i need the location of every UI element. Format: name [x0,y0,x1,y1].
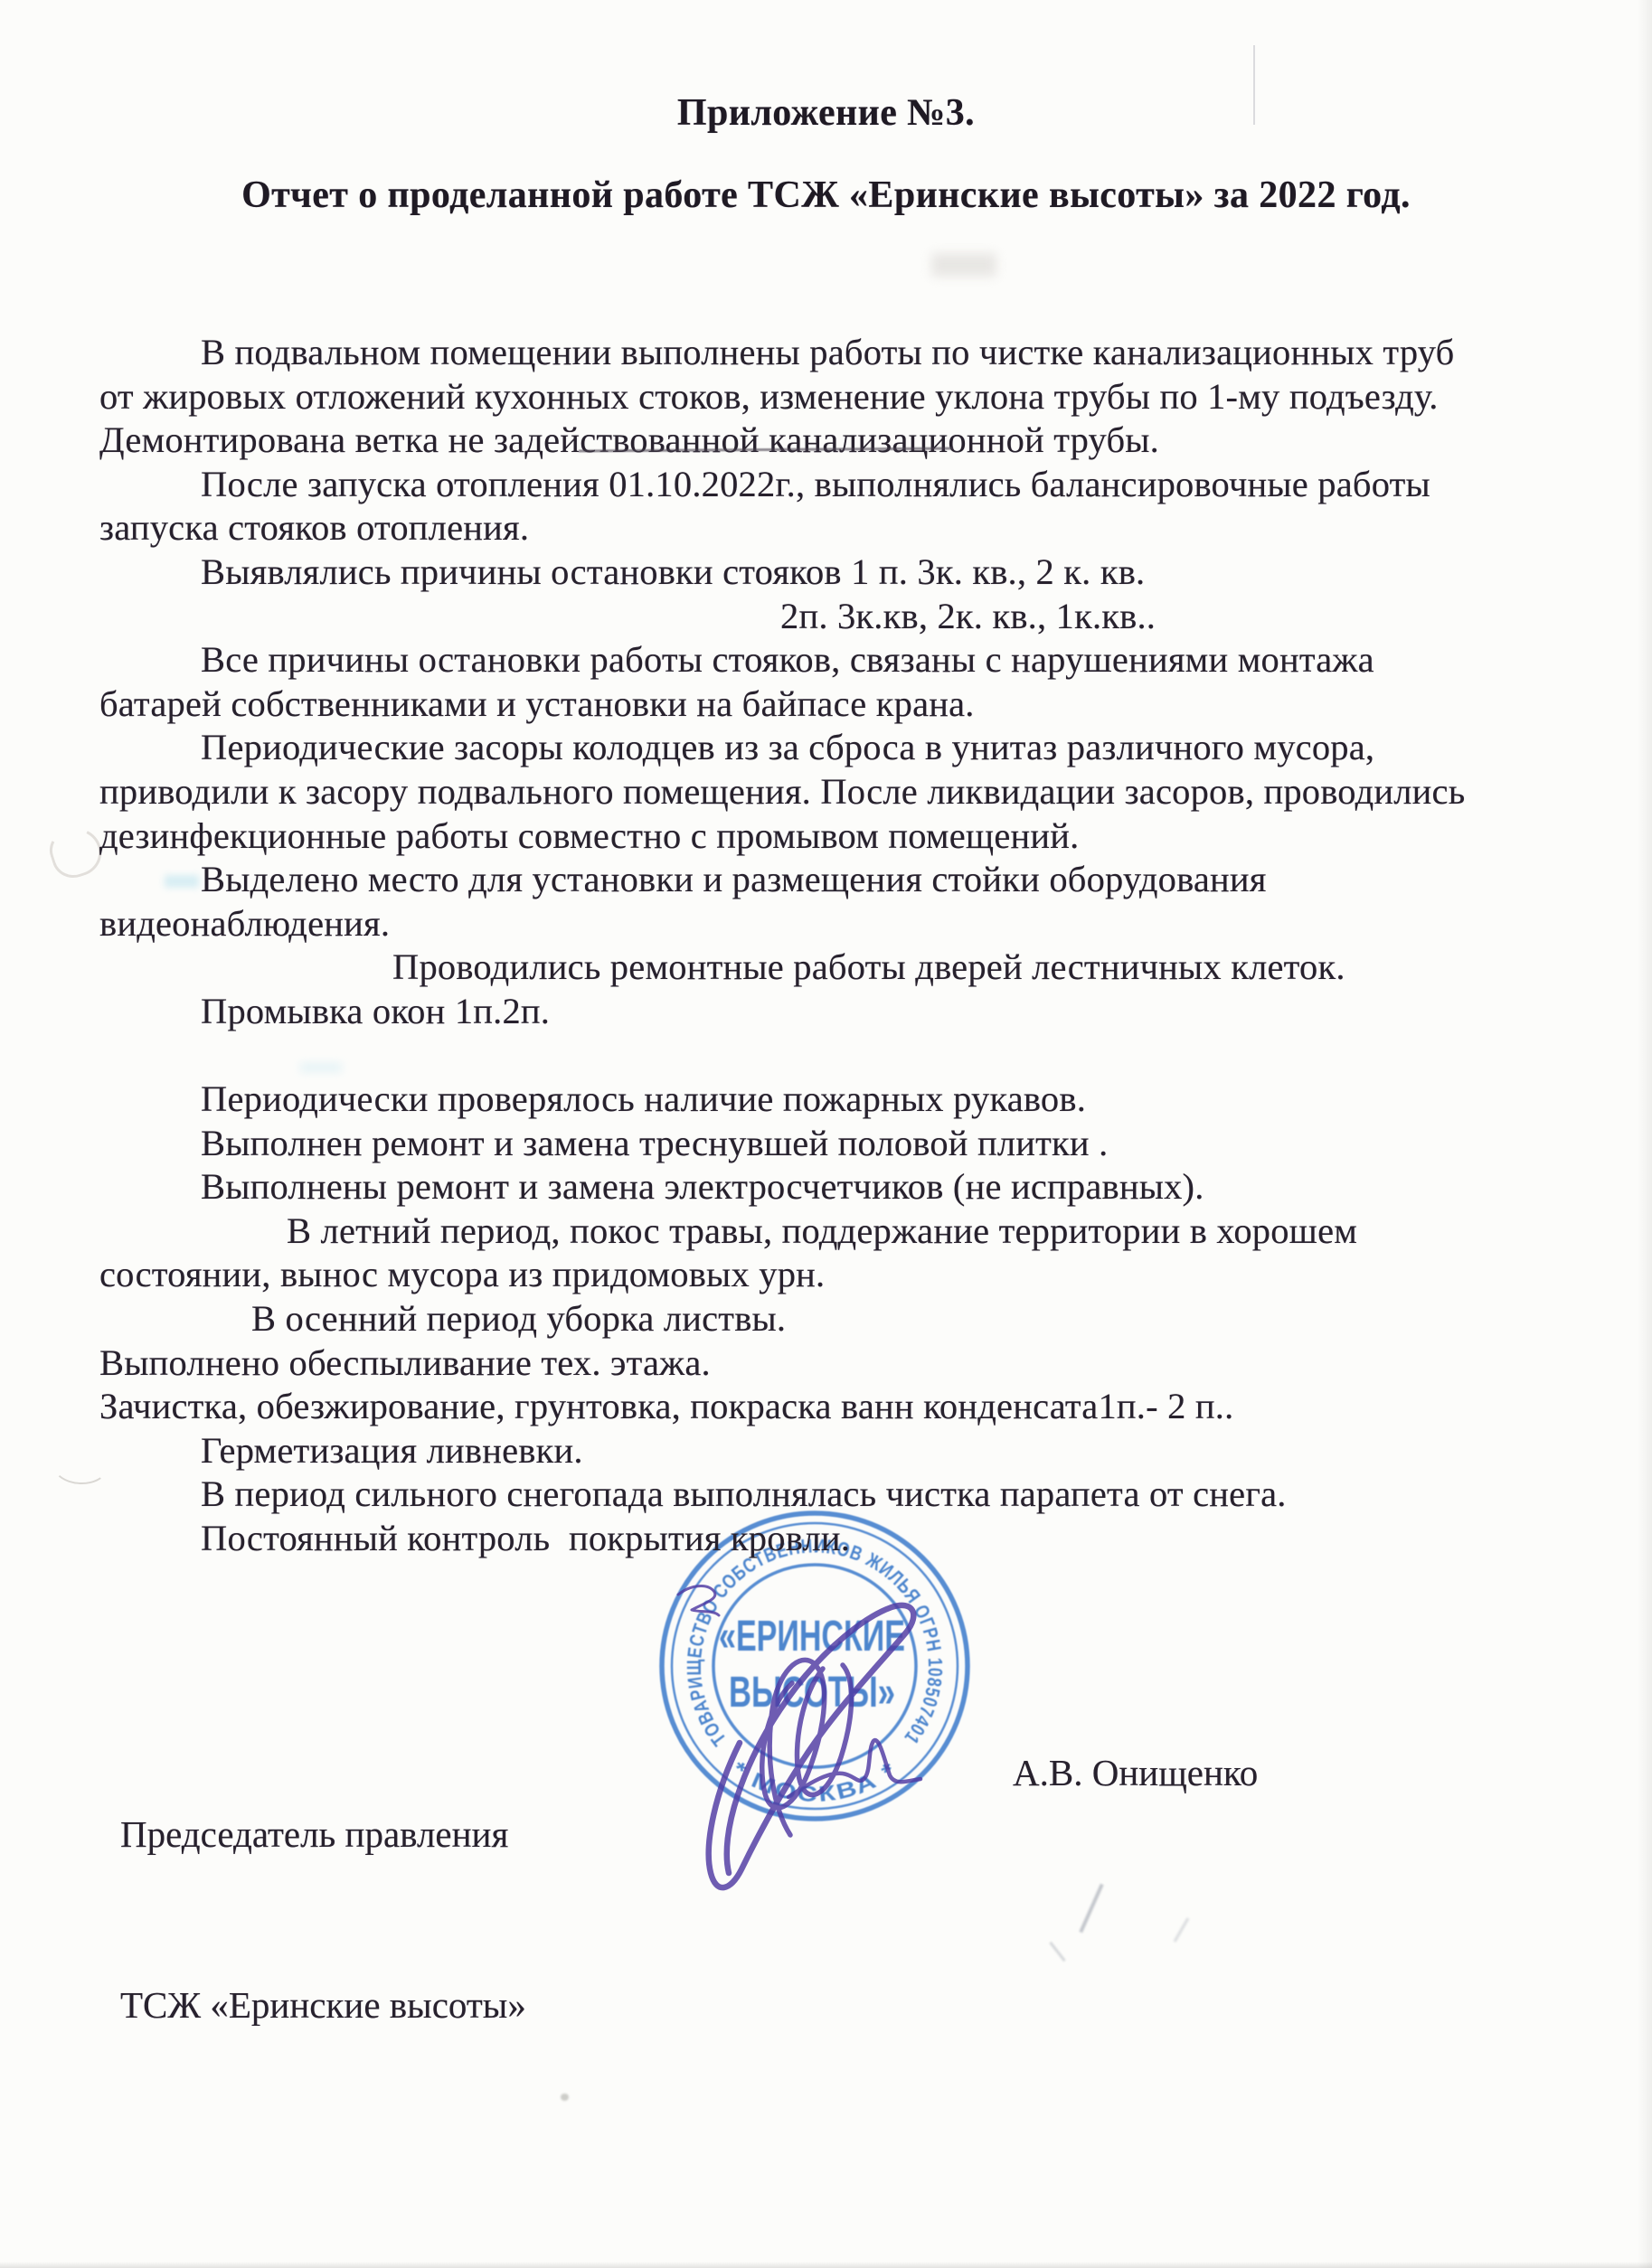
text-line: Выделено место для установки и размещени… [0,858,1652,902]
pencil-mark-1 [1079,1884,1103,1934]
text-line: Проводились ремонтные работы дверей лест… [0,946,1652,990]
scan-edge-shadow-bottom [0,2262,1652,2268]
text-line: Демонтирована ветка не задействованной к… [0,419,1652,463]
text-line: После запуска отопления 01.10.2022г., вы… [0,463,1652,507]
text-line: Все причины остановки работы стояков, св… [0,638,1652,682]
signer-position-line1: Председатель правления [120,1806,526,1863]
text-line: Выполнены ремонт и замена электросчетчик… [0,1165,1652,1209]
signer-position: Председатель правления ТСЖ «Еринские выс… [120,1692,526,2148]
pencil-mark-2 [1049,1942,1065,1962]
text-line: В летний период, покос травы, поддержани… [0,1209,1652,1254]
signature-stroke-flourish [678,1586,719,1615]
signer-name: А.В. Онищенко [1013,1750,1258,1795]
blank-line [0,1034,1652,1078]
text-line: видеонаблюдения. [0,902,1652,946]
text-line: Периодически проверялось наличие пожарны… [0,1078,1652,1122]
paper-smudge [931,253,996,277]
appendix-title: Приложение №3. [0,90,1652,136]
text-line: В осенний период уборка листвы. [0,1297,1652,1341]
signer-position-line2: ТСЖ «Еринские высоты» [120,1977,526,2034]
text-line: запуска стояков отопления. [0,506,1652,551]
text-line: Герметизация ливневки. [0,1429,1652,1473]
text-line: Выполнено обеспыливание тех. этажа. [0,1341,1652,1386]
signature-stroke-loops [762,1660,852,1835]
text-line: Выявлялись причины остановки стояков 1 п… [0,551,1652,595]
text-line: состоянии, вынос мусора из придомовых ур… [0,1253,1652,1297]
report-body: В подвальном помещении выполнены работы … [0,331,1652,1561]
text-line: приводили к засору подвального помещения… [0,770,1652,814]
text-line: Периодические засоры колодцев из за сбро… [0,726,1652,770]
text-line: Постоянный контроль покрытия кровли. [0,1517,1652,1561]
report-title: Отчет о проделанной работе ТСЖ «Еринские… [0,173,1652,218]
text-line: Зачистка, обезжирование, грунтовка, покр… [0,1385,1652,1429]
text-line: Промывка окон 1п.2п. [0,990,1652,1034]
text-line: Выполнен ремонт и замена треснувшей поло… [0,1122,1652,1166]
text-line: батарей собственниками и установки на ба… [0,682,1652,727]
text-line: В период сильного снегопада выполнялась … [0,1473,1652,1517]
pencil-mark-3 [1174,1917,1190,1942]
text-line: 2п. 3к.кв, 2к. кв., 1к.кв.. [0,595,1652,639]
handwritten-signature [660,1573,949,1912]
text-line: от жировых отложений кухонных стоков, из… [0,375,1652,419]
signature-stroke-main [709,1605,914,1887]
text-line: В подвальном помещении выполнены работы … [0,331,1652,375]
paper-speck [561,2094,569,2101]
scanned-document-page: Приложение №3. Отчет о проделанной работ… [0,0,1652,2268]
scan-scratch-artifact [1253,45,1255,125]
text-line: дезинфекционные работы совместно с промы… [0,814,1652,859]
